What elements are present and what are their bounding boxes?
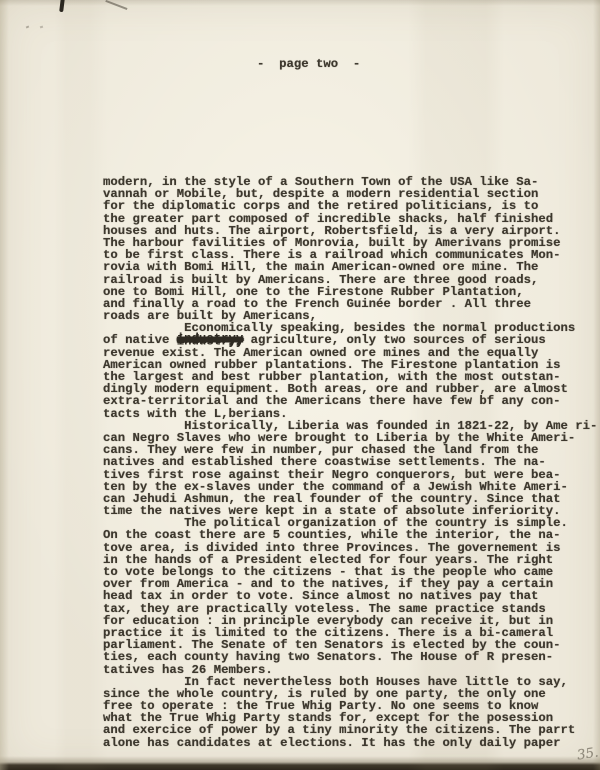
document-page: - page two - modern, in the style of a S… <box>0 0 600 770</box>
paragraph-1: modern, in the style of a Southern Town … <box>103 176 583 322</box>
paragraph-5: In fact nevertheless both Houses have li… <box>103 676 583 749</box>
page-title: - page two - <box>257 58 360 70</box>
ink-mark-top <box>59 0 65 12</box>
paragraph-3: Historically, Liberia was founded in 182… <box>103 420 583 518</box>
handwritten-page-number: 35. <box>576 744 600 763</box>
paragraph-2: Economically speaking, besides the norma… <box>103 322 583 420</box>
paper-speck <box>40 26 43 29</box>
paper-speck <box>26 25 30 28</box>
scratch-mark <box>105 0 127 10</box>
document-body: modern, in the style of a Southern Town … <box>103 176 583 749</box>
paragraph-2-text-after: agriculture, only two sources of serious… <box>103 333 568 420</box>
paragraph-4: The political organization of the countr… <box>103 517 583 675</box>
